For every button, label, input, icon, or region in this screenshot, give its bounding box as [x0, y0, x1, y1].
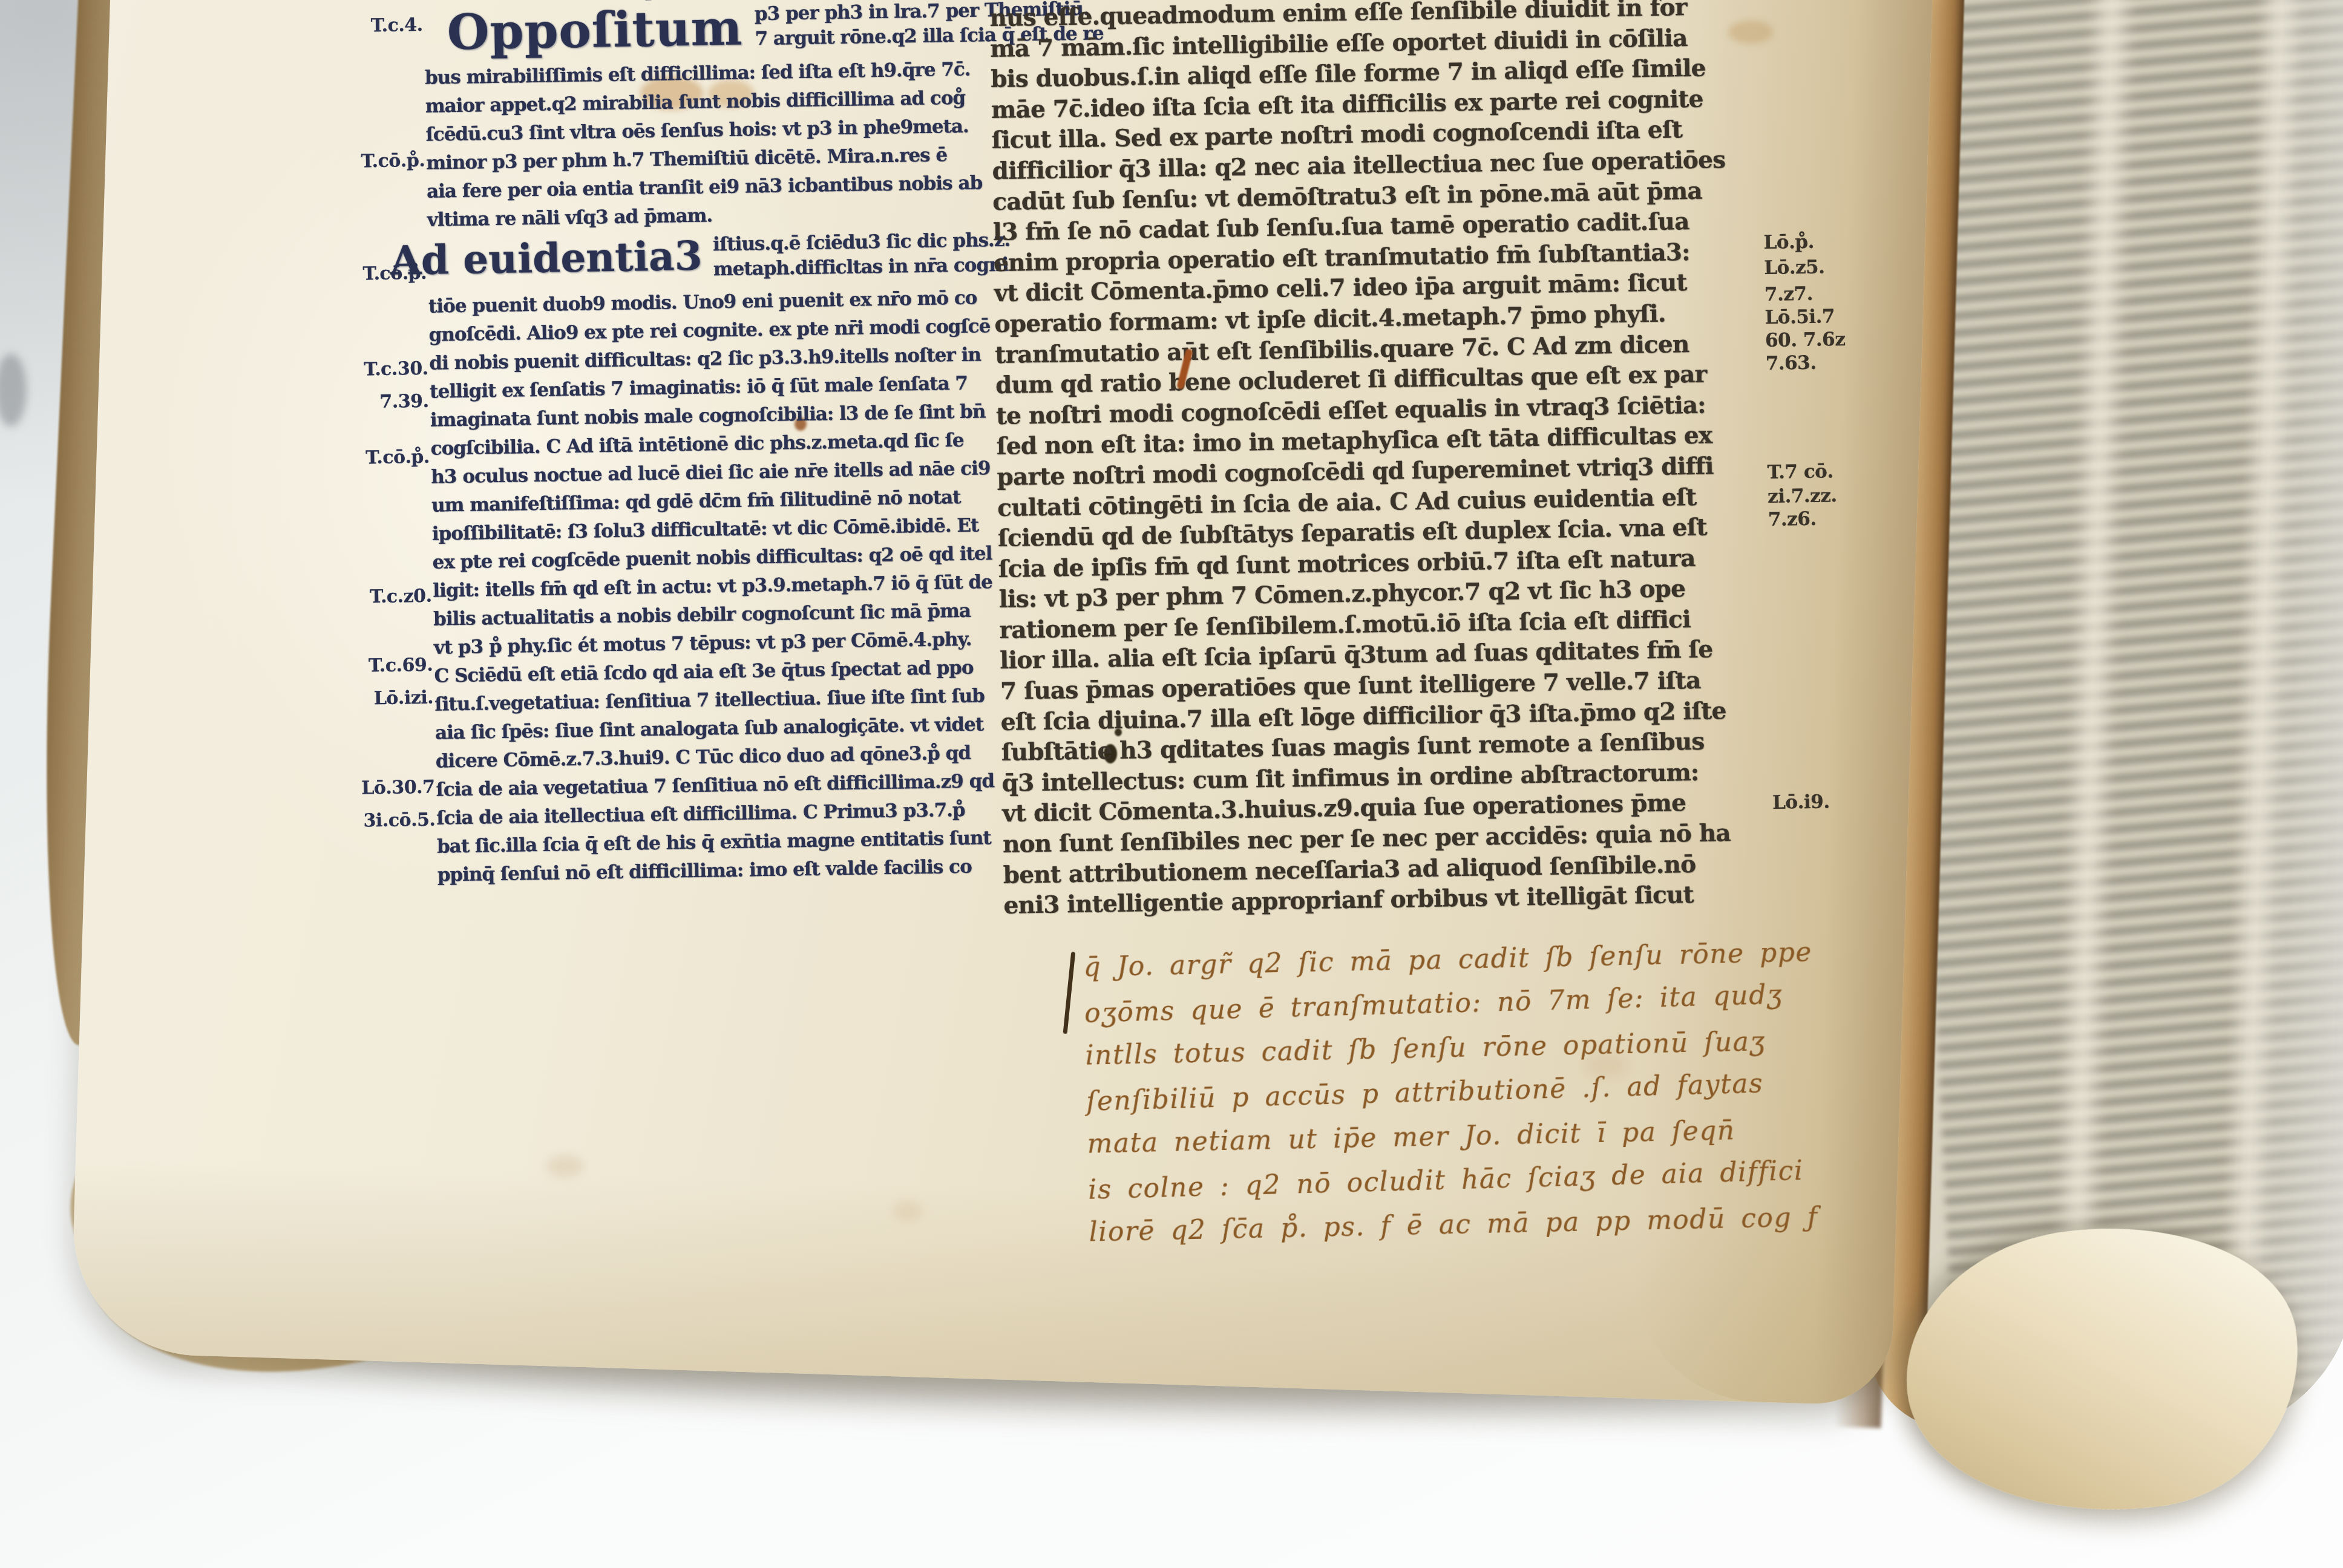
margin-reference: T.cō.p̊. [361, 150, 425, 172]
paper-stain [893, 1201, 922, 1221]
margin-reference: Lō.z5. [1764, 256, 1825, 279]
text-block: nus eſſe.queadmodum enim eſſe ſenſibile … [989, 0, 1771, 921]
left-margin-references: T.c.4.T.cō.p̊.T.cō.p̊.T.c.30.7.39.T.cō.p… [339, 0, 437, 907]
section-initial-word: Ad euidentia3 [390, 230, 703, 286]
text-column-right: dicit Cōmē.3.huius.opinādū eni ē q̄ſibil… [989, 0, 1771, 921]
facing-page-block [1866, 0, 2343, 1440]
margin-reference: T.c.z0. [370, 586, 432, 608]
margin-reference: Lō.p̊. [1763, 231, 1814, 253]
section-heading-row: Oppoſitum p3 per ph3 in lra.7 per Themiſ… [447, 0, 975, 64]
margin-reference: 7.z6. [1768, 508, 1817, 531]
margin-reference: Lō.30.7 [361, 777, 435, 799]
margin-reference: Lō.i9. [1772, 791, 1830, 813]
manuscript-lines: q̄ Jo. argr̃ q2 ſic mā pa cadit ſb ſenſu… [1083, 932, 1706, 1254]
margin-reference: 60. 7.6z [1765, 328, 1846, 351]
margin-reference: 7.z7. [1765, 283, 1813, 305]
text-line: metaph.difficltas in nr̄a cogni [713, 253, 1011, 283]
margin-reference: 7.63. [1765, 352, 1816, 374]
paper-stain [546, 1155, 584, 1177]
section-heading-row: Ad euidentia3 iſtius.q.ē ſciēdu3 ſic dic… [390, 226, 978, 293]
margin-reference: 3i.cō.5. [363, 809, 435, 832]
manuscript-annotation: q̄ Jo. argr̃ q2 ſic mā pa cadit ſb ſenſu… [1083, 932, 1706, 1254]
margin-reference: T.c.30. [364, 358, 428, 381]
margin-reference: T.cō.p̊. [365, 446, 430, 469]
margin-reference: Lō.5i.7 [1765, 305, 1835, 328]
margin-reference: T.7 cō. [1767, 460, 1833, 483]
text-block: bus mirabiliſſimis eſt difficillima: ſed… [425, 55, 978, 234]
printed-text-area: T.c.4.T.cō.p̊.T.cō.p̊.T.c.30.7.39.T.cō.p… [339, 0, 1927, 968]
text-block: tiōe puenit duob9 modis. Uno9 eni puenit… [428, 284, 988, 889]
margin-reference: 7.39. [379, 391, 429, 413]
section-initial-word: Oppoſitum [447, 0, 743, 60]
text-column-left: ſcit cū imp̄ſsi p ſcd Oppoſitum p3 per p… [424, 0, 988, 890]
margin-reference: T.c.69. [369, 655, 433, 677]
book-photo: T.c.4.T.cō.p̊.T.cō.p̊.T.c.30.7.39.T.cō.p… [0, 0, 2343, 1568]
right-margin-references: Lō.p̊.Lō.z5.7.z7.Lō.5i.760. 7.6z7.63.T.7… [1760, 0, 1919, 885]
margin-reference: T.c.4. [370, 15, 422, 36]
margin-reference: Lō.izi. [374, 687, 434, 710]
margin-reference: zi.7.zz. [1768, 485, 1837, 508]
heading-side-lines: iſtius.q.ē ſciēdu3 ſic dic phs.z.metaph.… [713, 226, 1011, 283]
